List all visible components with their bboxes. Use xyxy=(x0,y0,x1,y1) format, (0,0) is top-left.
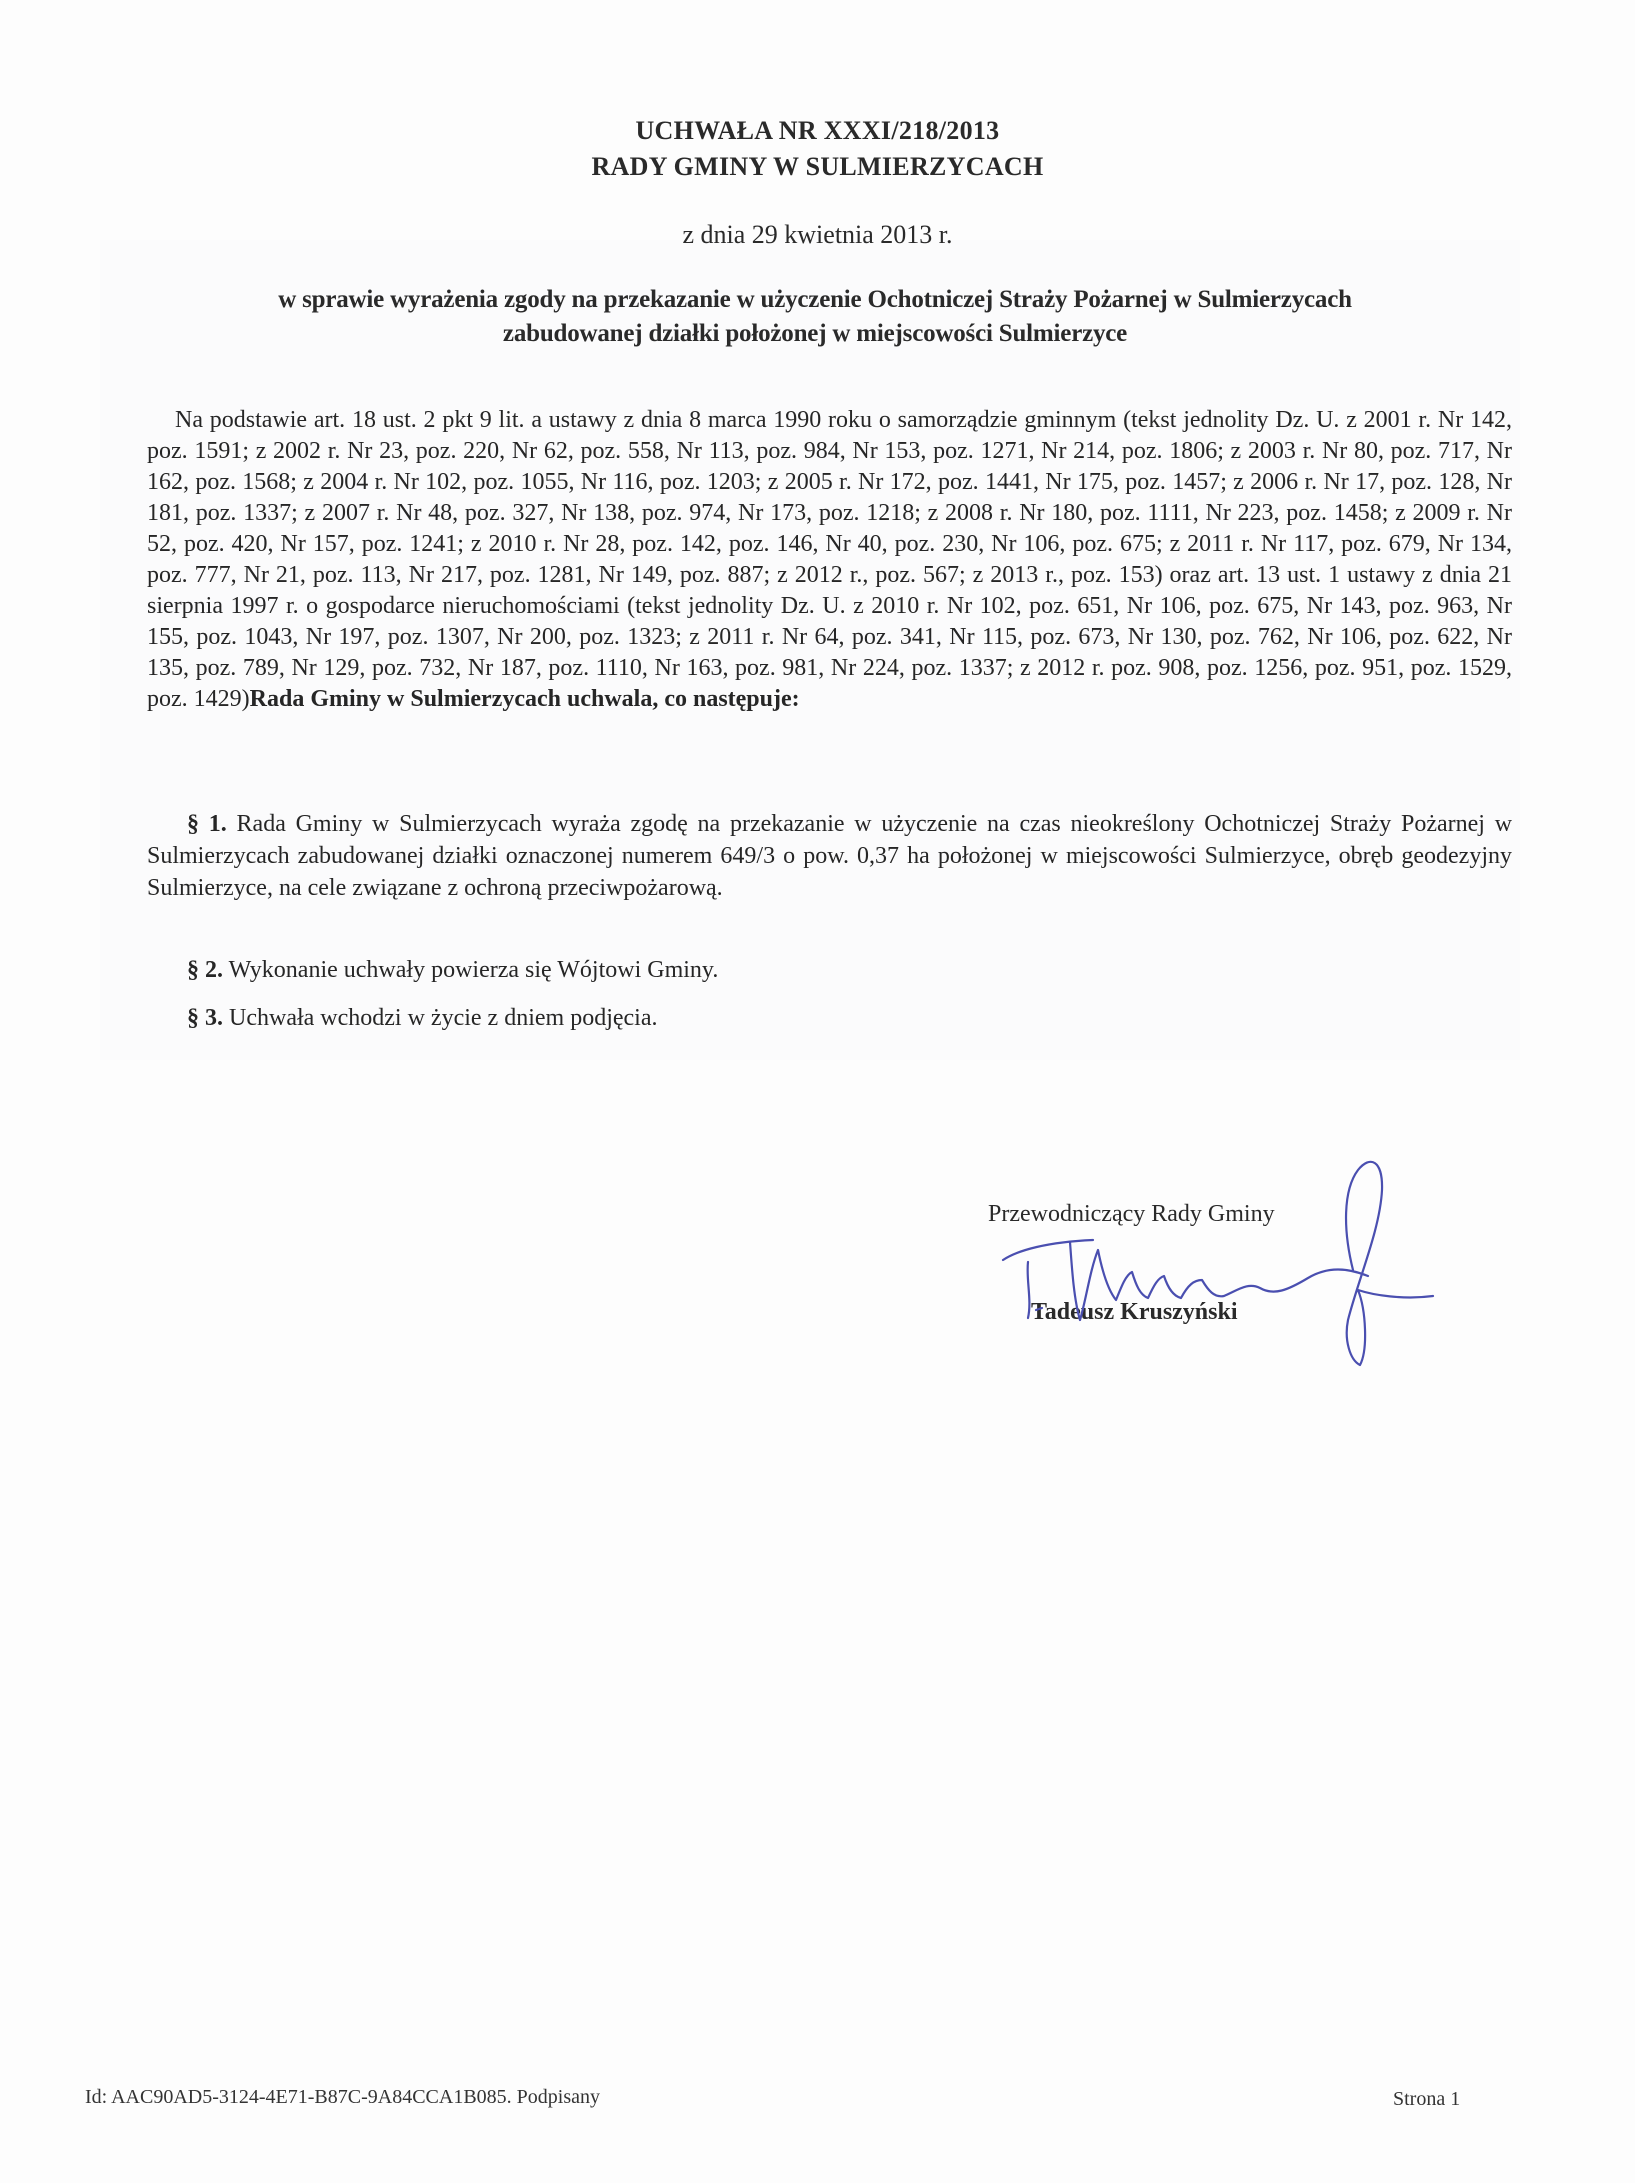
page-number: Strona 1 xyxy=(1393,2088,1460,2111)
resolution-number: UCHWAŁA NR XXXI/218/2013 xyxy=(0,113,1635,149)
resolves-clause: Rada Gminy w Sulmierzycach uchwala, co n… xyxy=(250,686,800,712)
legal-basis-paragraph: Na podstawie art. 18 ust. 2 pkt 9 lit. a… xyxy=(147,405,1512,715)
subject-line-2: zabudowanej działki położonej w miejscow… xyxy=(150,317,1480,351)
paragraph-1-number: § 1. xyxy=(187,811,227,837)
issuing-body: RADY GMINY W SULMIERZYCACH xyxy=(0,149,1635,185)
resolution-subject: w sprawie wyrażenia zgody na przekazanie… xyxy=(150,283,1480,351)
signature-block: Przewodniczący Rady Gminy Tadeusz Kruszy… xyxy=(988,1201,1408,1228)
resolution-title: UCHWAŁA NR XXXI/218/2013 RADY GMINY W SU… xyxy=(0,113,1635,185)
paragraph-3: § 3. Uchwała wchodzi w życie z dniem pod… xyxy=(147,1002,1512,1034)
legal-basis-text: Na podstawie art. 18 ust. 2 pkt 9 lit. a… xyxy=(147,407,1512,712)
paragraph-1-text: Rada Gminy w Sulmierzycach wyraża zgodę … xyxy=(147,811,1512,901)
paragraph-2-number: § 2. xyxy=(187,957,223,983)
signatory-name: Tadeusz Kruszyński xyxy=(1031,1299,1238,1326)
paragraph-3-number: § 3. xyxy=(187,1005,223,1031)
document-id: Id: AAC90AD5-3124-4E71-B87C-9A84CCA1B085… xyxy=(85,2086,600,2109)
paragraph-3-text: Uchwała wchodzi w życie z dniem podjęcia… xyxy=(229,1005,657,1031)
resolution-date: z dnia 29 kwietnia 2013 r. xyxy=(0,220,1635,250)
paragraph-2-text: Wykonanie uchwały powierza się Wójtowi G… xyxy=(229,957,719,983)
signatory-role: Przewodniczący Rady Gminy xyxy=(988,1201,1408,1228)
paragraph-1: § 1. Rada Gminy w Sulmierzycach wyraża z… xyxy=(147,808,1512,904)
paragraph-2: § 2. Wykonanie uchwały powierza się Wójt… xyxy=(147,954,1512,986)
handwritten-signature-icon xyxy=(998,1150,1438,1370)
subject-line-1: w sprawie wyrażenia zgody na przekazanie… xyxy=(150,283,1480,317)
